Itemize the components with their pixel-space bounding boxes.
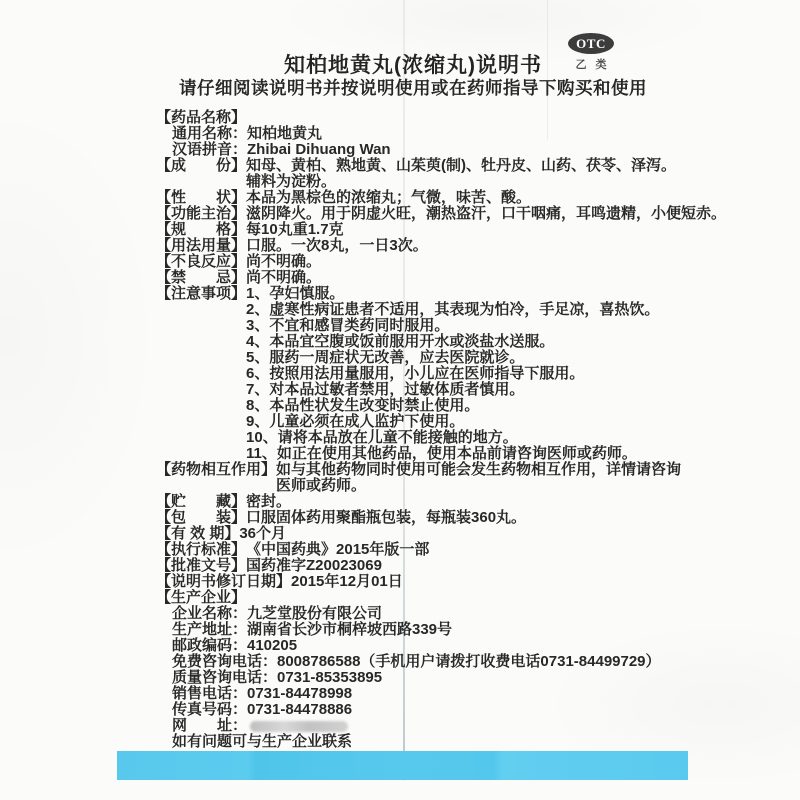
detail-line: 邮政编码：410205 <box>156 638 708 654</box>
leaflet-body: 【药品名称】通用名称：知柏地黄丸汉语拼音：Zhibai Dihuang Wan【… <box>156 110 708 750</box>
section-content: 国药准字Z20023069 <box>246 558 382 574</box>
detail-line: 质量咨询电话：0731-85353895 <box>156 670 708 686</box>
paper-crease <box>547 0 548 140</box>
paper-crease <box>403 0 405 781</box>
detail-text: 通用名称：知柏地黄丸 <box>172 126 322 142</box>
detail-line: 传真号码：0731-84478886 <box>156 702 708 718</box>
section-label: 【用法用量】 <box>156 238 246 254</box>
section-content: 本品为黑棕色的浓缩丸；气微，味苦、酸。 <box>246 190 531 206</box>
section-row: 【功能主治】滋阴降火。用于阴虚火旺，潮热盗汗，口干咽痛，耳鸣遗精，小便短赤。 <box>156 206 708 222</box>
section-label: 【成 份】 <box>156 158 246 174</box>
section-content: 尚不明确。 <box>246 270 321 286</box>
detail-line: 汉语拼音：Zhibai Dihuang Wan <box>156 142 708 158</box>
section-label: 【生产企业】 <box>156 590 246 606</box>
section-row: 【执行标准】《中国药典》2015年版一部 <box>156 542 708 558</box>
section-label: 【包 装】 <box>156 510 246 526</box>
section-row: 【生产企业】 <box>156 590 708 606</box>
section-label: 【性 状】 <box>156 190 246 206</box>
section-content: 每10丸重1.7克 <box>246 222 344 238</box>
section-label: 【不良反应】 <box>156 254 246 270</box>
section-row: 【批准文号】国药准字Z20023069 <box>156 558 708 574</box>
section-row: 【注意事项】1、孕妇慎服。 2、虚寒性病证患者不适用，其表现为怕冷，手足凉，喜热… <box>156 286 708 462</box>
detail-line: 通用名称：知柏地黄丸 <box>156 126 708 142</box>
section-row: 【成 份】知母、黄柏、熟地黄、山茱萸(制)、牡丹皮、山药、茯苓、泽泻。 辅料为淀… <box>156 158 708 190</box>
detail-line: 免费咨询电话：8008786588（手机用户请拨打收费电话0731-844997… <box>156 654 708 670</box>
section-label: 【规 格】 <box>156 222 246 238</box>
section-row: 【贮 藏】密封。 <box>156 494 708 510</box>
section-label: 【执行标准】 <box>156 542 246 558</box>
section-row: 【药物相互作用】如与其他药物同时使用可能会发生药物相互作用，详情请咨询 医师或药… <box>156 462 708 494</box>
section-content: 《中国药典》2015年版一部 <box>246 542 429 558</box>
detail-text: 免费咨询电话：8008786588（手机用户请拨打收费电话0731-844997… <box>172 654 661 670</box>
section-row: 【性 状】本品为黑棕色的浓缩丸；气微，味苦、酸。 <box>156 190 708 206</box>
section-label: 【注意事项】 <box>156 286 246 302</box>
section-label: 【功能主治】 <box>156 206 246 222</box>
section-label: 【药品名称】 <box>156 110 246 126</box>
section-content: 口服固体药用聚酯瓶包装，每瓶装360丸。 <box>246 510 526 526</box>
section-row: 【不良反应】尚不明确。 <box>156 254 708 270</box>
section-label: 【说明书修订日期】 <box>156 574 291 590</box>
section-row: 【说明书修订日期】2015年12月01日 <box>156 574 708 590</box>
detail-line: 网 址： <box>156 718 708 734</box>
detail-text: 邮政编码：410205 <box>172 638 297 654</box>
section-label: 【贮 藏】 <box>156 494 246 510</box>
section-label: 【有 效 期】 <box>156 526 239 542</box>
section-label: 【批准文号】 <box>156 558 246 574</box>
detail-text: 如有问题可与生产企业联系 <box>172 734 352 750</box>
section-content: 知母、黄柏、熟地黄、山茱萸(制)、牡丹皮、山药、茯苓、泽泻。 辅料为淀粉。 <box>246 158 676 190</box>
section-content: 口服。一次8丸，一日3次。 <box>246 238 428 254</box>
section-content: 1、孕妇慎服。 2、虚寒性病证患者不适用，其表现为怕冷，手足凉，喜热饮。 3、不… <box>246 286 659 462</box>
section-row: 【药品名称】 <box>156 110 708 126</box>
section-content: 尚不明确。 <box>246 254 321 270</box>
detail-text: 生产地址：湖南省长沙市桐梓坡西路339号 <box>172 622 452 638</box>
section-row: 【包 装】口服固体药用聚酯瓶包装，每瓶装360丸。 <box>156 510 708 526</box>
detail-text: 质量咨询电话：0731-85353895 <box>172 670 382 686</box>
detail-line: 销售电话：0731-84478998 <box>156 686 708 702</box>
section-content: 36个月 <box>239 526 286 542</box>
detail-text: 企业名称：九芝堂股份有限公司 <box>172 606 382 622</box>
bottom-color-strip <box>117 751 688 780</box>
detail-text: 网 址： <box>172 718 247 734</box>
section-row: 【规 格】每10丸重1.7克 <box>156 222 708 238</box>
section-row: 【有 效 期】36个月 <box>156 526 708 542</box>
detail-text: 传真号码：0731-84478886 <box>172 702 352 718</box>
section-content: 滋阴降火。用于阴虚火旺，潮热盗汗，口干咽痛，耳鸣遗精，小便短赤。 <box>246 206 726 222</box>
section-row: 【禁 忌】尚不明确。 <box>156 270 708 286</box>
detail-text: 销售电话：0731-84478998 <box>172 686 352 702</box>
drug-leaflet-page: OTC 乙 类 知柏地黄丸(浓缩丸)说明书 请仔细阅读说明书并按说明使用或在药师… <box>0 0 800 800</box>
section-label: 【禁 忌】 <box>156 270 246 286</box>
section-content: 如与其他药物同时使用可能会发生药物相互作用，详情请咨询 医师或药师。 <box>276 462 681 494</box>
section-content: 2015年12月01日 <box>291 574 403 590</box>
section-label: 【药物相互作用】 <box>156 462 276 478</box>
website-redacted-blur <box>250 721 348 732</box>
detail-line: 生产地址：湖南省长沙市桐梓坡西路339号 <box>156 622 708 638</box>
section-row: 【用法用量】口服。一次8丸，一日3次。 <box>156 238 708 254</box>
section-content: 密封。 <box>246 494 291 510</box>
page-subtitle: 请仔细阅读说明书并按说明使用或在药师指导下购买和使用 <box>136 75 690 100</box>
detail-text: 汉语拼音：Zhibai Dihuang Wan <box>172 142 391 158</box>
detail-line: 企业名称：九芝堂股份有限公司 <box>156 606 708 622</box>
detail-line: 如有问题可与生产企业联系 <box>156 734 708 750</box>
